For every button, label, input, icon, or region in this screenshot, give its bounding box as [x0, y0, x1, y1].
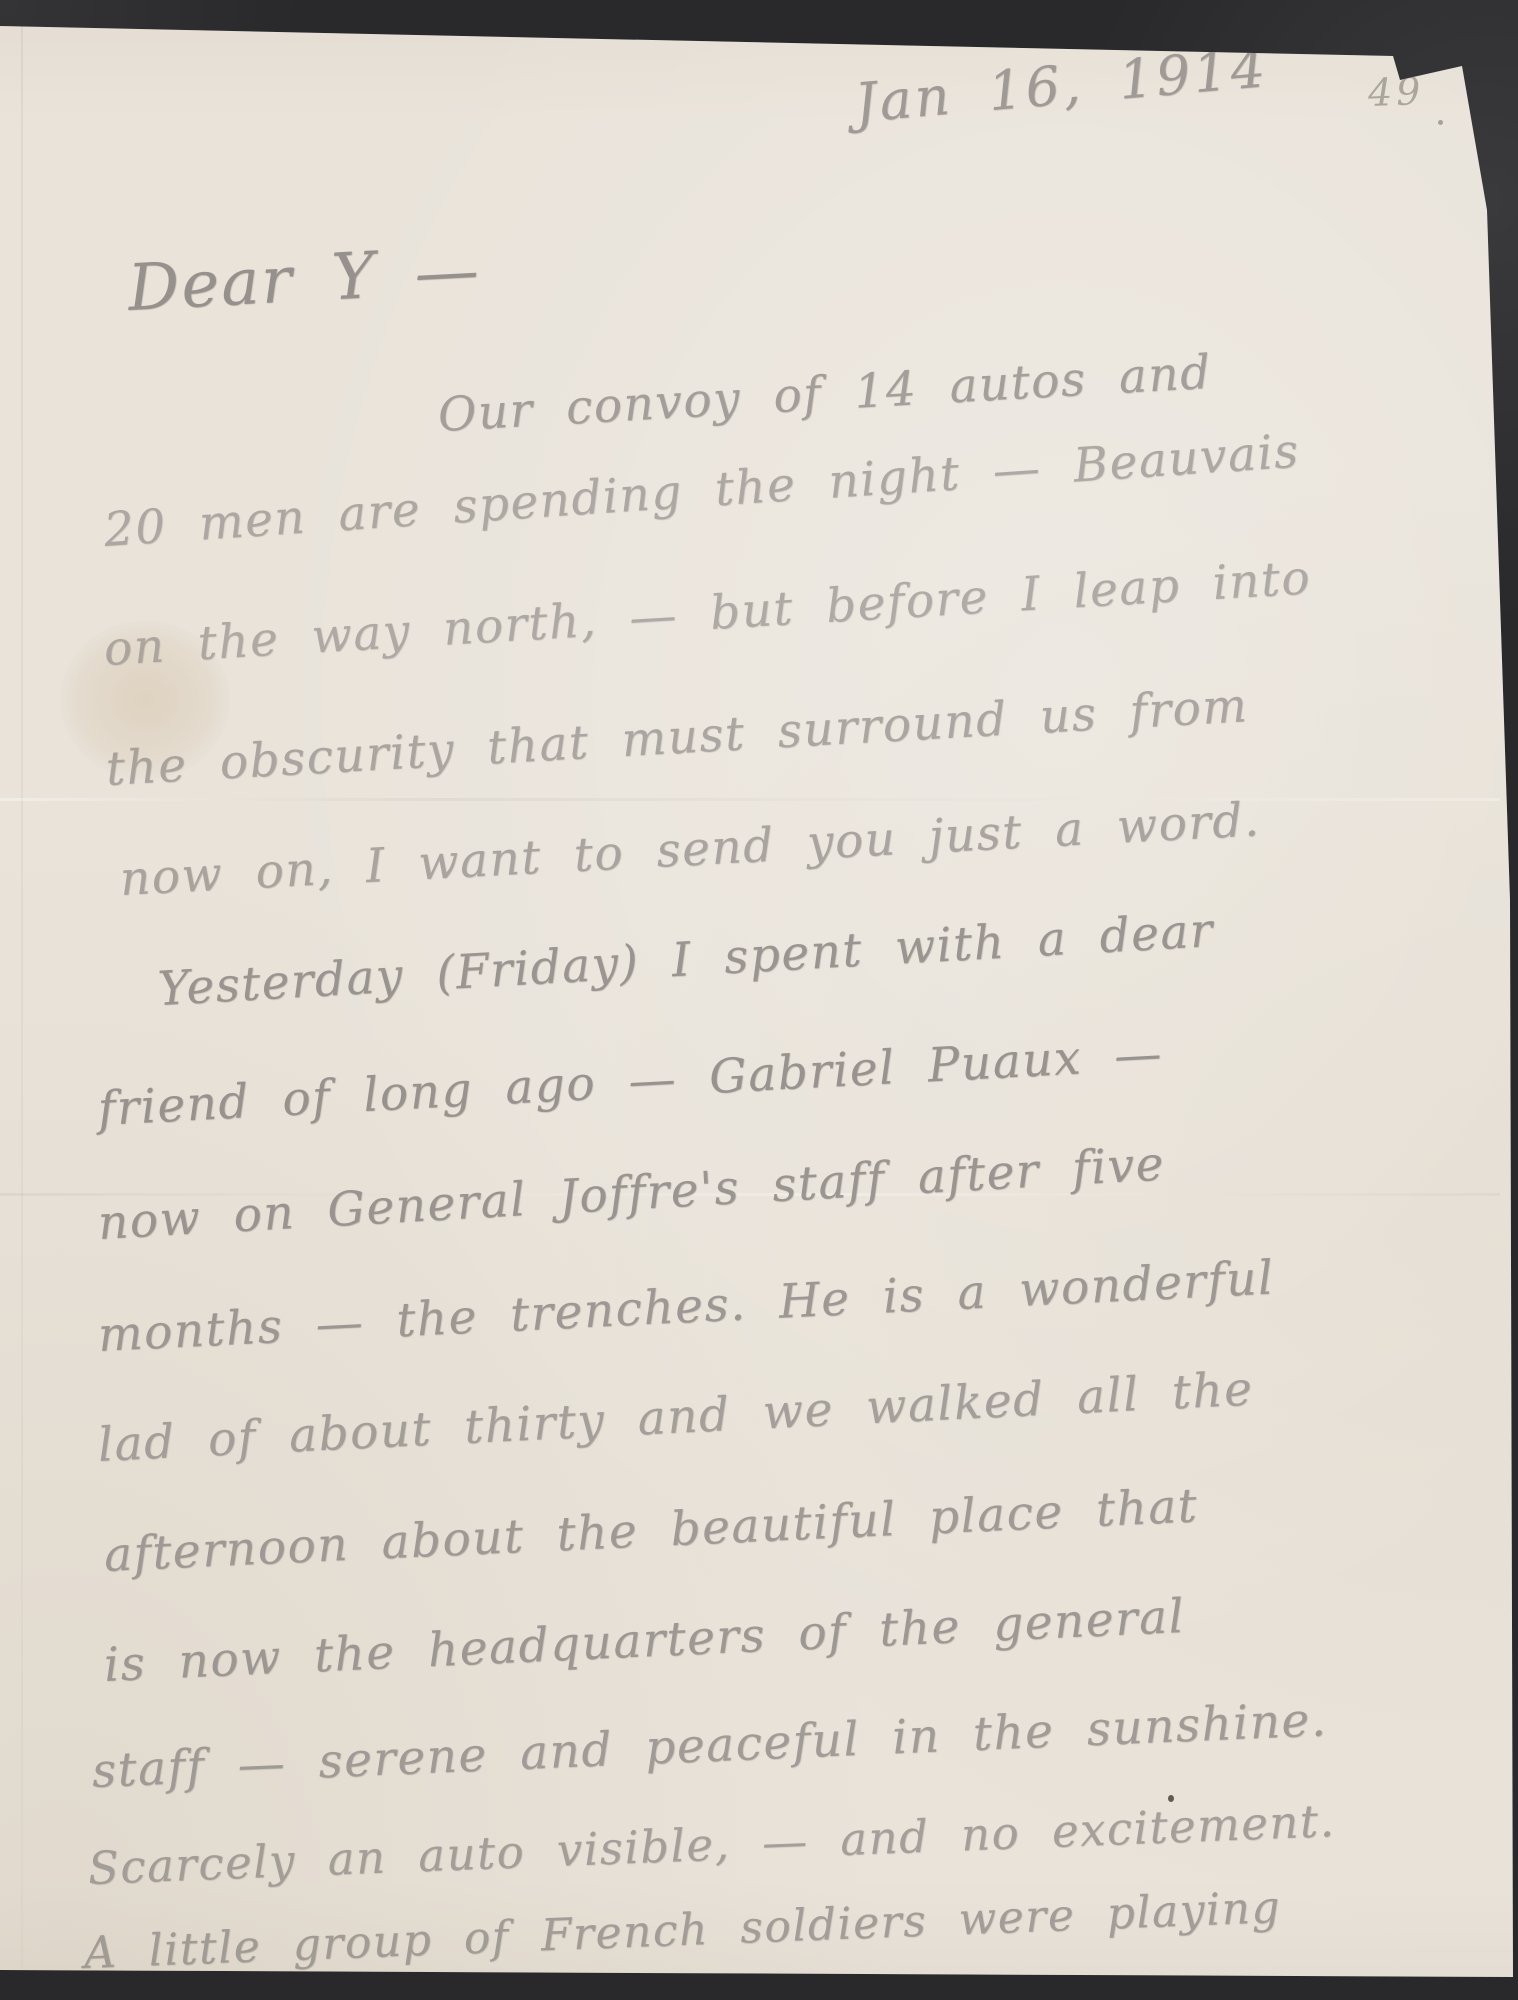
- handwritten-line: A little group of French soldiers were p…: [83, 1882, 1282, 1979]
- salutation: Dear Y —: [126, 234, 482, 326]
- page-number: 49: [1367, 69, 1425, 115]
- fold-crease-horizontal: [0, 798, 1500, 801]
- scan-background: 49 Jan 16, 1914 Dear Y — Our convoy of 1…: [0, 0, 1518, 2000]
- handwritten-line: Scarcely an auto visible, — and no excit…: [87, 1794, 1336, 1895]
- handwritten-line: now on General Joffre's staff after five: [96, 1136, 1166, 1251]
- letter-date: Jan 16, 1914: [852, 36, 1270, 135]
- paper-speck: [1438, 120, 1443, 125]
- handwritten-line: 20 men are spending the night — Beauvais: [102, 424, 1301, 558]
- handwritten-line: the obscurity that must surround us from: [104, 678, 1249, 797]
- handwritten-line: Our convoy of 14 autos and: [436, 345, 1213, 443]
- letter-page: 49 Jan 16, 1914 Dear Y — Our convoy of 1…: [0, 0, 1518, 2000]
- handwritten-line: Yesterday (Friday) I spent with a dear: [156, 903, 1215, 1017]
- handwritten-line: is now the headquarters of the general: [103, 1589, 1186, 1693]
- handwritten-line: months — the trenches. He is a wonderful: [97, 1251, 1276, 1363]
- fold-crease-vertical: [21, 26, 23, 1970]
- handwritten-line: now on, I want to send you just a word.: [119, 792, 1262, 907]
- handwritten-line: staff — serene and peaceful in the sunsh…: [91, 1692, 1328, 1799]
- handwritten-line: afternoon about the beautiful place that: [103, 1478, 1199, 1583]
- handwritten-line: lad of about thirty and we walked all th…: [97, 1362, 1255, 1473]
- handwritten-line: on the way north, — but before I leap in…: [102, 550, 1312, 677]
- handwritten-line: friend of long ago — Gabriel Puaux —: [97, 1026, 1165, 1137]
